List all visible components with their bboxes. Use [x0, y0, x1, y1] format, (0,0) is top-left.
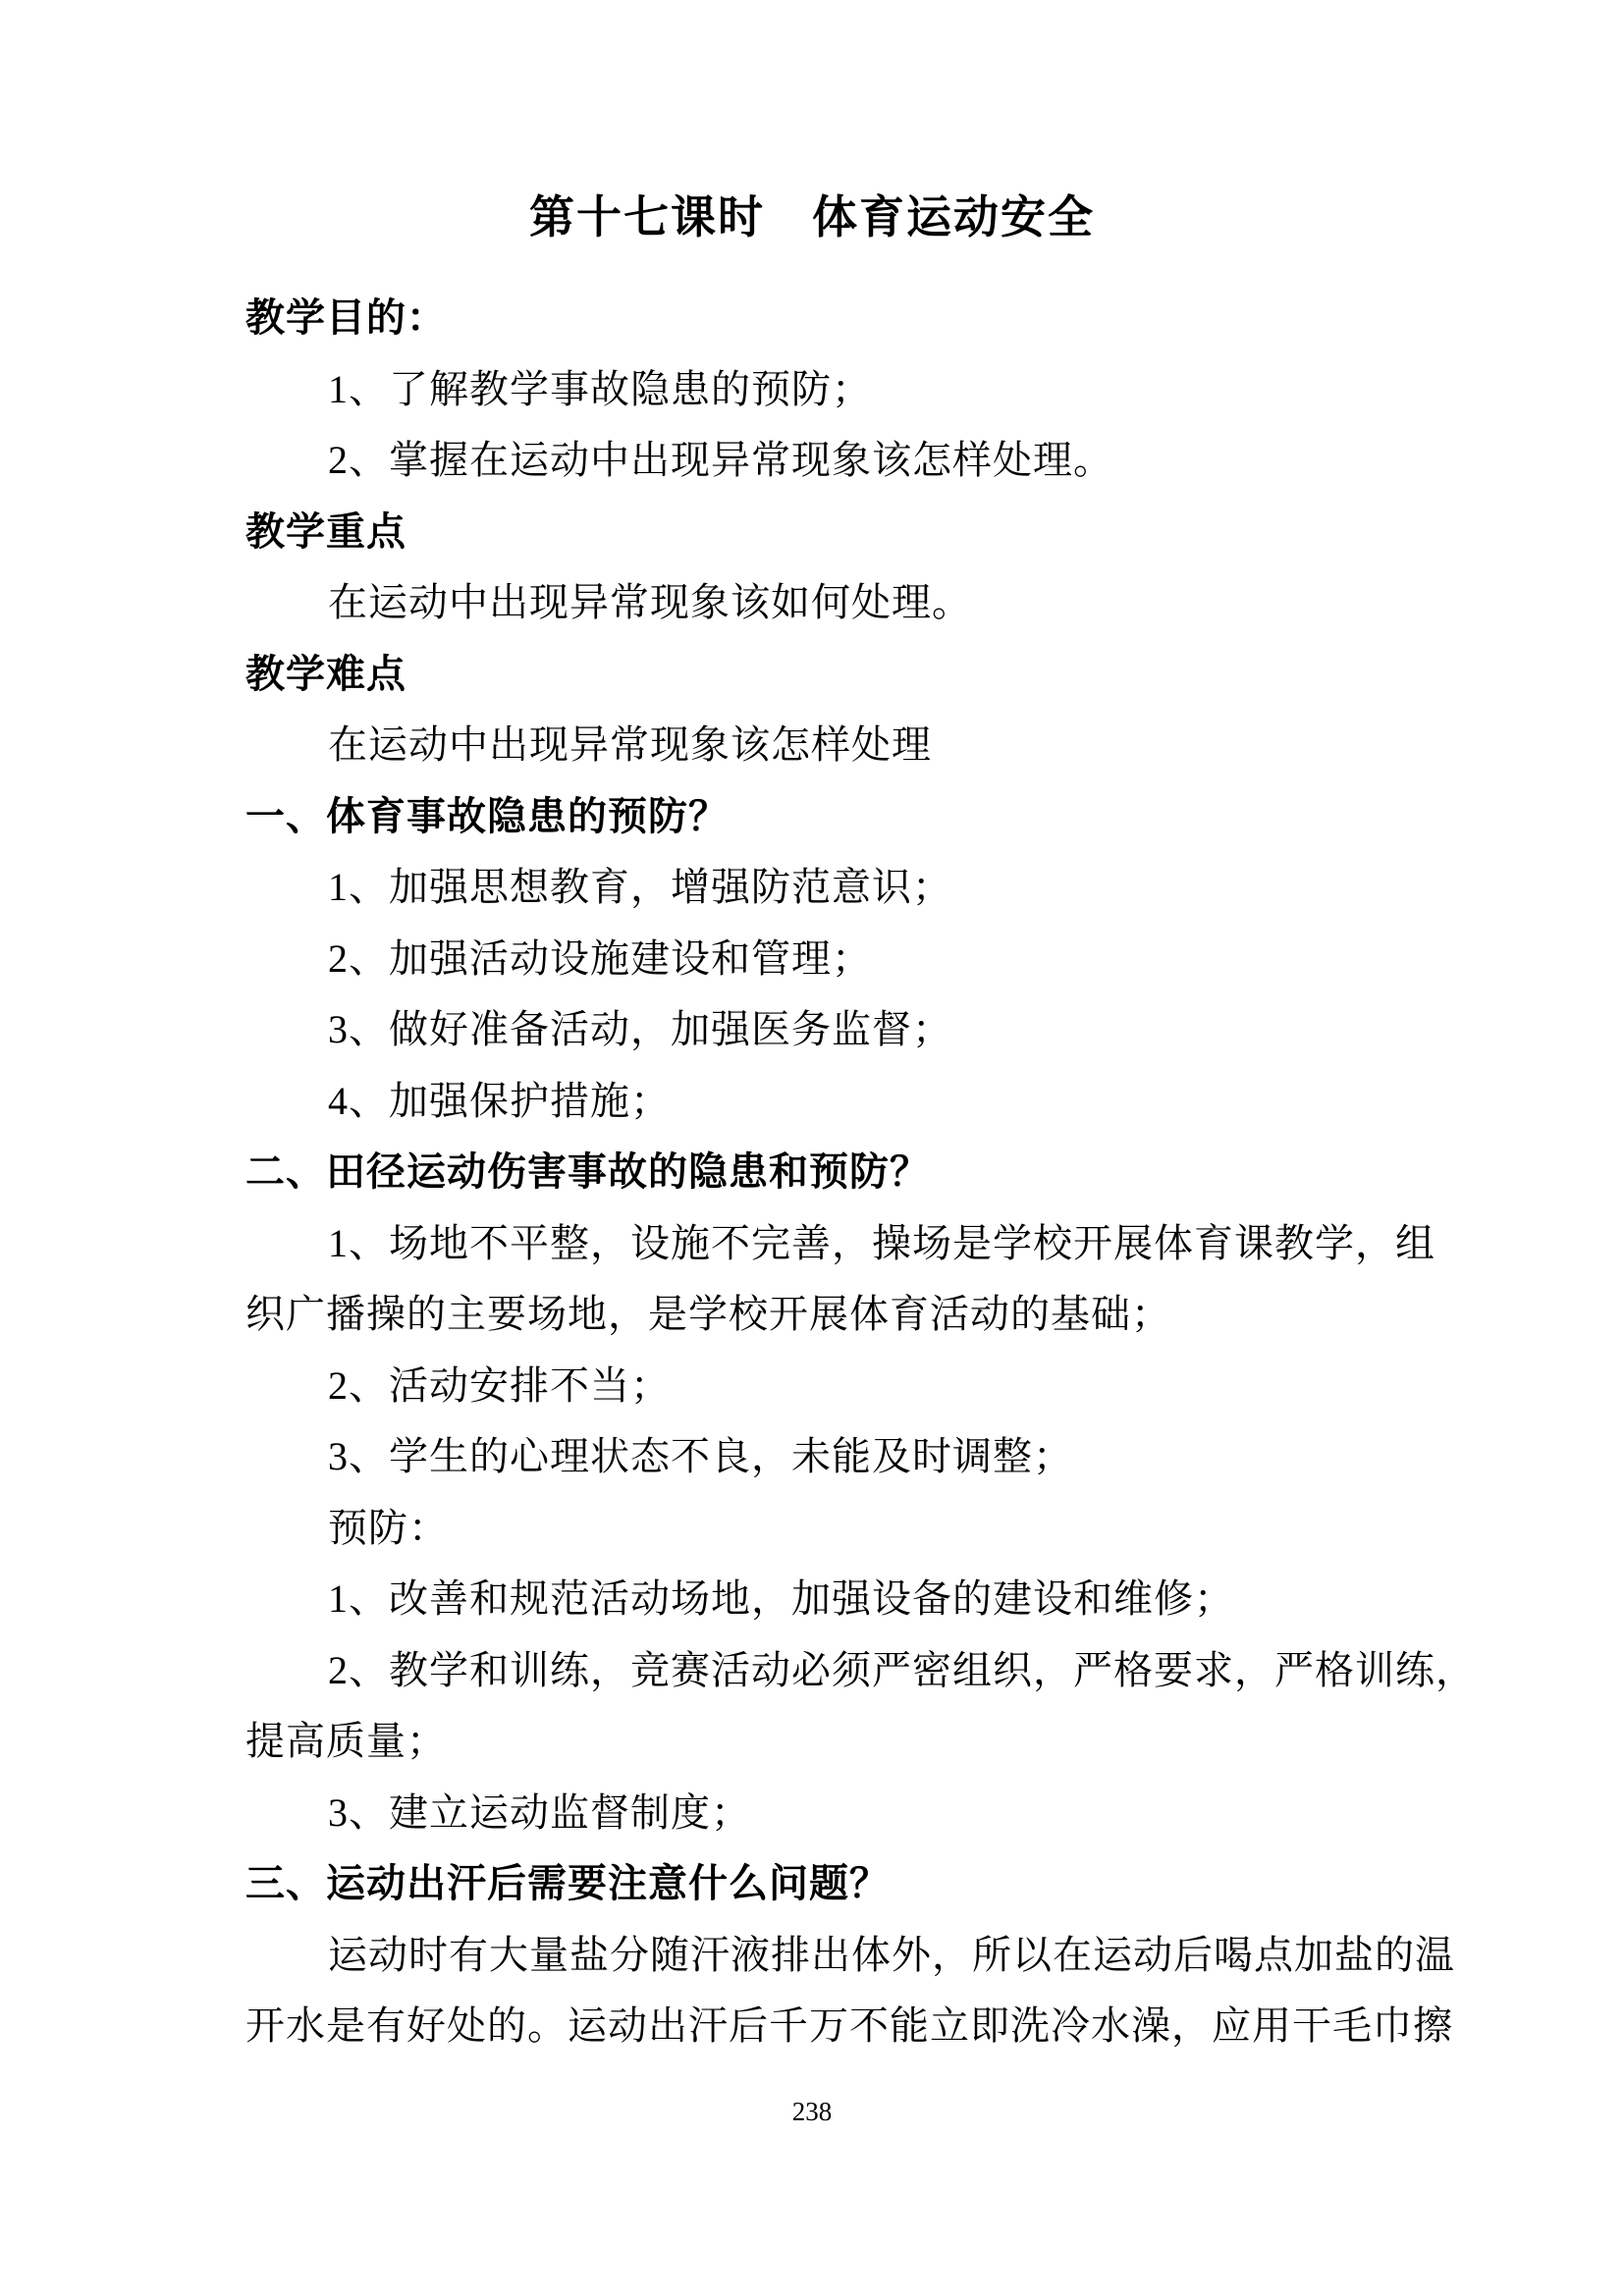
- heading-line: 教学重点: [245, 497, 1382, 568]
- body-line: 2、教学和训练，竞赛活动必须严密组织，严格要求，严格训练，: [245, 1635, 1382, 1707]
- body-line: 3、做好准备活动，加强医务监督；: [245, 994, 1382, 1066]
- body-line: 2、活动安排不当；: [245, 1351, 1382, 1422]
- section-heading: 三、运动出汗后需要注意什么问题？: [245, 1848, 1382, 1920]
- body-line: 1、加强思想教育，增强防范意识；: [245, 852, 1382, 924]
- body-line: 1、了解教学事故隐患的预防；: [245, 354, 1382, 426]
- section-heading: 二、田径运动伤害事故的隐患和预防？: [245, 1137, 1382, 1208]
- heading-line: 教学目的：: [245, 283, 1382, 354]
- body-line: 开水是有好处的。运动出汗后千万不能立即洗冷水澡，应用干毛巾擦: [245, 1991, 1382, 2062]
- body-line: 1、场地不平整，设施不完善，操场是学校开展体育课教学，组: [245, 1208, 1382, 1280]
- document-title: 第十七课时 体育运动安全: [0, 0, 1624, 245]
- body-line: 织广播操的主要场地，是学校开展体育活动的基础；: [245, 1279, 1382, 1351]
- body-line: 在运动中出现异常现象该怎样处理: [245, 710, 1382, 781]
- body-line: 3、学生的心理状态不良，未能及时调整；: [245, 1421, 1382, 1493]
- body-line: 在运动中出现异常现象该如何处理。: [245, 567, 1382, 639]
- body-line: 预防：: [245, 1493, 1382, 1565]
- body-line: 2、掌握在运动中出现异常现象该怎样处理。: [245, 425, 1382, 497]
- body-line: 提高质量；: [245, 1706, 1382, 1778]
- body-line: 3、建立运动监督制度；: [245, 1778, 1382, 1849]
- body-line: 运动时有大量盐分随汗液排出体外，所以在运动后喝点加盐的温: [245, 1920, 1382, 1992]
- heading-line: 教学难点: [245, 639, 1382, 711]
- body-line: 1、改善和规范活动场地，加强设备的建设和维修；: [245, 1564, 1382, 1635]
- body-line: 2、加强活动设施建设和管理；: [245, 924, 1382, 995]
- page-number: 238: [0, 2095, 1624, 2128]
- document-body: 教学目的： 1、了解教学事故隐患的预防； 2、掌握在运动中出现异常现象该怎样处理…: [245, 283, 1382, 2062]
- section-heading: 一、体育事故隐患的预防？: [245, 781, 1382, 853]
- document-page: 第十七课时 体育运动安全 教学目的： 1、了解教学事故隐患的预防； 2、掌握在运…: [0, 0, 1624, 2296]
- body-line: 4、加强保护措施；: [245, 1066, 1382, 1138]
